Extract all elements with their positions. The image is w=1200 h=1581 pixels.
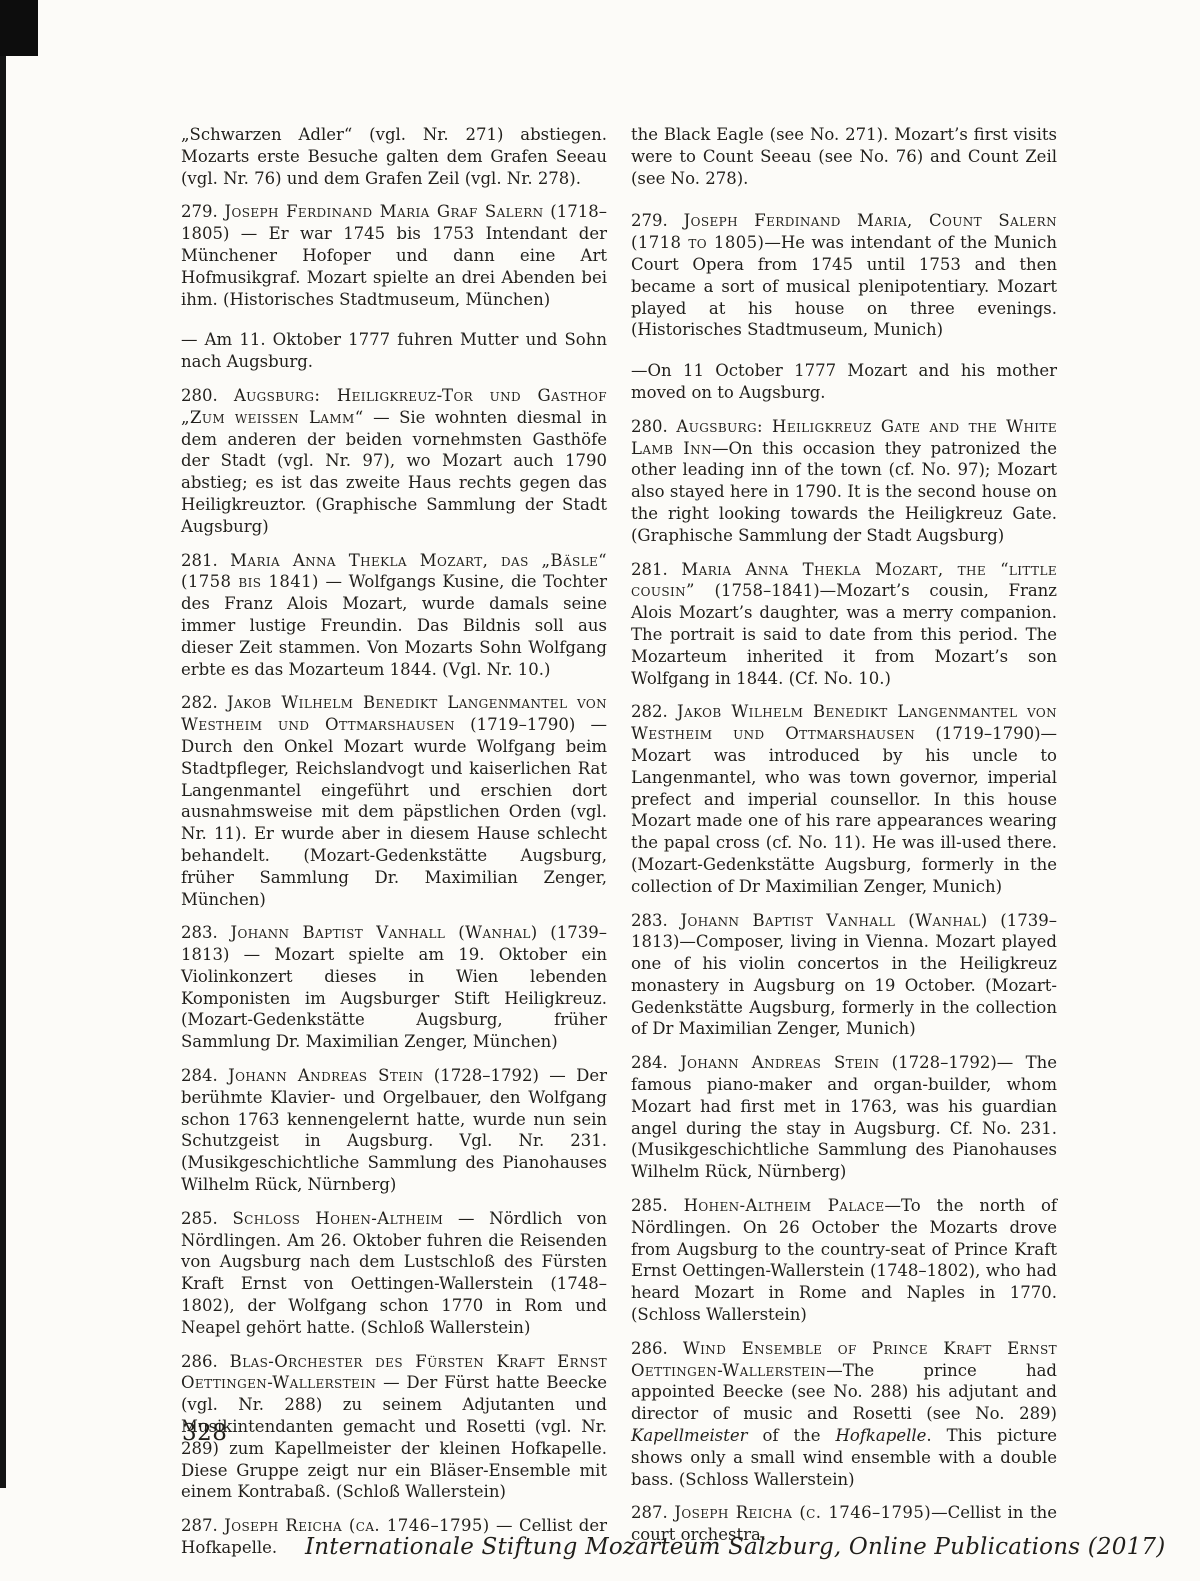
entry-heading: Hohen-Altheim Palace <box>684 1196 885 1215</box>
entry-text: — Nördlich von Nördlingen. Am 26. Oktobe… <box>181 1209 607 1337</box>
entry-text: —To the north of Nördlingen. On 26 Octob… <box>631 1196 1057 1324</box>
entry-heading: Johann Andreas Stein <box>228 1066 423 1085</box>
entry-text: Kapellmeister <box>631 1426 747 1445</box>
entry-text: 281. <box>181 551 230 570</box>
entry-text: (1739–1813) — Mozart spielte am 19. Okto… <box>181 923 607 1051</box>
entry-280-en: 280. Augsburg: Heiligkreuz Gate and the … <box>631 416 1057 547</box>
entry-heading: Johann Baptist Vanhall (Wanhal) <box>680 911 987 930</box>
entry-heading: Schloss Hohen-Altheim <box>232 1209 443 1228</box>
continuation-paragraph-de: — Am 11. Oktober 1777 fuhren Mutter und … <box>181 329 607 373</box>
entry-text: — Der Fürst hatte Beecke (vgl. Nr. 288) … <box>181 1373 607 1501</box>
entry-text: 283. <box>631 911 680 930</box>
english-column: the Black Eagle (see No. 271). Mozart’s … <box>631 124 1057 1571</box>
german-column: „Schwarzen Adler“ (vgl. Nr. 271) abstieg… <box>181 124 607 1571</box>
entry-280-de: 280. Augsburg: Heiligkreuz-Tor und Gasth… <box>181 385 607 538</box>
entry-284-en: 284. Johann Andreas Stein (1728–1792)— T… <box>631 1052 1057 1183</box>
entry-286-de: 286. Blas-Orchester des Fürsten Kraft Er… <box>181 1351 607 1504</box>
entry-text: 280. <box>181 386 234 405</box>
entry-text: 284. <box>181 1066 228 1085</box>
entry-text: 286. <box>181 1352 230 1371</box>
entry-279-en: 279. Joseph Ferdinand Maria, Count Saler… <box>631 210 1057 341</box>
entry-text: 287. <box>631 1503 674 1522</box>
entry-279-de: 279. Joseph Ferdinand Maria Graf Salern … <box>181 201 607 310</box>
entry-text: —On 11 October 1777 Mozart and his mothe… <box>631 361 1057 402</box>
entry-text: 285. <box>181 1209 232 1228</box>
entry-text: 284. <box>631 1053 680 1072</box>
entry-283-de: 283. Johann Baptist Vanhall (Wanhal) (17… <box>181 922 607 1053</box>
entry-text: 279. <box>181 202 225 221</box>
entry-text: 280. <box>631 417 676 436</box>
entry-text: 279. <box>631 211 684 230</box>
scan-edge-line <box>0 0 6 1488</box>
entry-text: (1719–1790)—Mozart was introduced by his… <box>631 724 1057 896</box>
entry-text: 285. <box>631 1196 684 1215</box>
entry-text: the Black Eagle (see No. 271). Mozart’s … <box>631 125 1057 188</box>
entry-281-en: 281. Maria Anna Thekla Mozart, the “litt… <box>631 559 1057 690</box>
scan-corner-mark <box>0 0 38 56</box>
footer-publication-line: Internationale Stiftung Mozarteum Salzbu… <box>305 1534 1165 1560</box>
entry-281-de: 281. Maria Anna Thekla Mozart, das „Bäsl… <box>181 550 607 681</box>
entry-text: 287. <box>181 1516 224 1535</box>
entry-283-en: 283. Johann Baptist Vanhall (Wanhal) (17… <box>631 910 1057 1041</box>
page-number: 328 <box>182 1420 227 1446</box>
entry-text: (1728–1792)— The famous piano-maker and … <box>631 1053 1057 1181</box>
entry-284-de: 284. Johann Andreas Stein (1728–1792) — … <box>181 1065 607 1196</box>
entry-286-en: 286. Wind Ensemble of Prince Kraft Ernst… <box>631 1338 1057 1491</box>
entry-text: „Schwarzen Adler“ (vgl. Nr. 271) abstieg… <box>181 125 607 188</box>
entry-heading: Joseph Reicha (c. 1746–1795) <box>674 1503 931 1522</box>
entry-text: 282. <box>181 693 227 712</box>
entry-heading: Joseph Reicha (ca. 1746–1795) <box>224 1516 489 1535</box>
entry-text: 282. <box>631 702 677 721</box>
entry-text: of the <box>747 1426 835 1445</box>
entry-text: (1719–1790) — Durch den Onkel Mozart wur… <box>181 715 607 908</box>
entry-heading: Joseph Ferdinand Maria Graf Salern <box>225 202 544 221</box>
entry-text: (1758–1841)—Mozart’s cousin, Franz Alois… <box>631 581 1057 687</box>
entry-heading: Johann Baptist Vanhall (Wanhal) <box>230 923 537 942</box>
entry-text: 286. <box>631 1339 683 1358</box>
entry-text: 283. <box>181 923 230 942</box>
continuation-paragraph-de: „Schwarzen Adler“ (vgl. Nr. 271) abstieg… <box>181 124 607 189</box>
entry-282-de: 282. Jakob Wilhelm Benedikt Langenmantel… <box>181 692 607 910</box>
entry-282-en: 282. Jakob Wilhelm Benedikt Langenmantel… <box>631 701 1057 897</box>
entry-text: (1728–1792) — Der berühmte Klavier- und … <box>181 1066 607 1194</box>
two-column-text-block: „Schwarzen Adler“ (vgl. Nr. 271) abstieg… <box>181 124 1058 1571</box>
entry-text: Hofkapelle <box>836 1426 927 1445</box>
entry-text: 281. <box>631 560 681 579</box>
continuation-paragraph-en: the Black Eagle (see No. 271). Mozart’s … <box>631 124 1057 189</box>
entry-285-en: 285. Hohen-Altheim Palace—To the north o… <box>631 1195 1057 1326</box>
entry-text: — Am 11. Oktober 1777 fuhren Mutter und … <box>181 330 607 371</box>
continuation-paragraph-en: —On 11 October 1777 Mozart and his mothe… <box>631 360 1057 404</box>
entry-285-de: 285. Schloss Hohen-Altheim — Nördlich vo… <box>181 1208 607 1339</box>
entry-heading: Johann Andreas Stein <box>680 1053 879 1072</box>
